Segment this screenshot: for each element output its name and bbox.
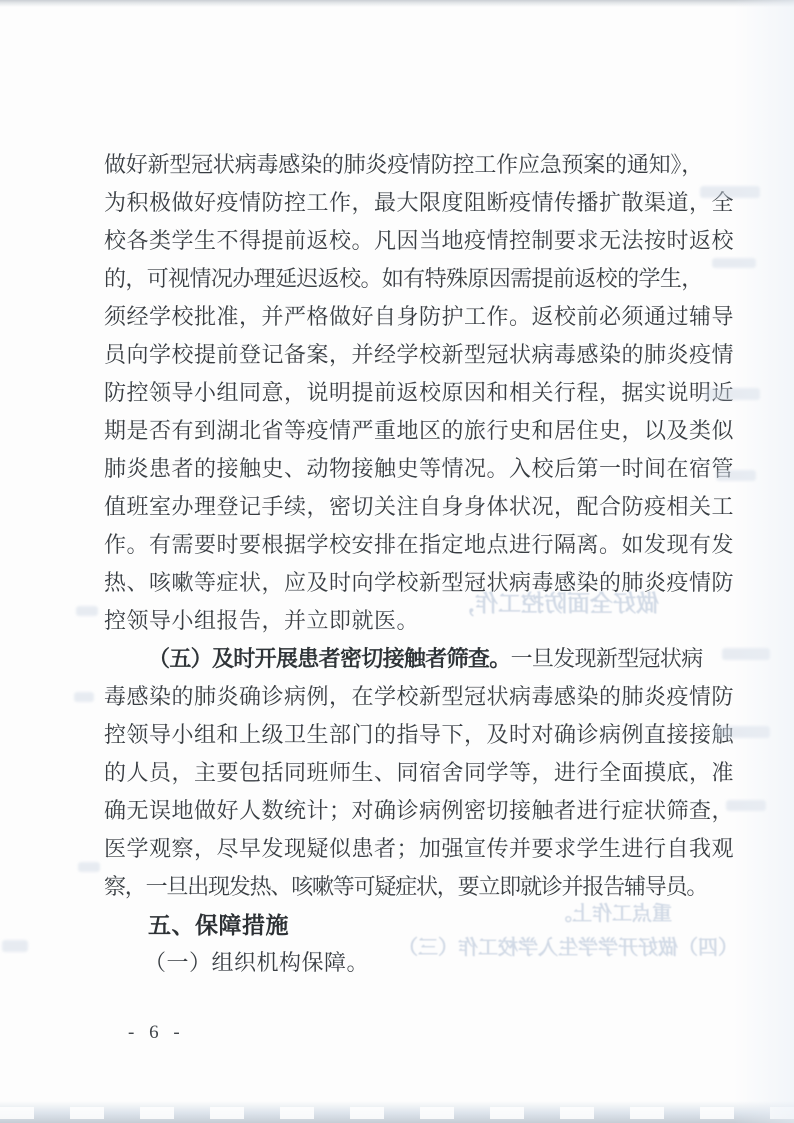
page-number: - 6 -	[128, 1022, 185, 1044]
bleed-through-smudge	[722, 648, 770, 660]
text-line: （一）组织机构保障。	[104, 944, 702, 982]
text-line: 员向学校提前登记备案，并经学校新型冠状病毒感染的肺炎疫情	[104, 336, 702, 374]
bleed-through-smudge	[74, 692, 94, 702]
text-line: 毒感染的肺炎确诊病例，在学校新型冠状病毒感染的肺炎疫情防	[104, 678, 702, 716]
text-line: 热、咳嗽等症状，应及时向学校新型冠状病毒感染的肺炎疫情防	[104, 564, 702, 602]
document-body: 做好新型冠状病毒感染的肺炎疫情防控工作应急预案的通知》，为积极做好疫情防控工作，…	[104, 146, 702, 982]
scan-edge-bottom	[0, 1101, 794, 1123]
text-line: 值班室办理登记手续，密切关注自身身体状况，配合防疫相关工	[104, 488, 702, 526]
text-line: 期是否有到湖北省等疫情严重地区的旅行史和居住史，以及类似	[104, 412, 702, 450]
text-line: 校各类学生不得提前返校。凡因当地疫情控制要求无法按时返校	[104, 222, 702, 260]
text-line: 做好新型冠状病毒感染的肺炎疫情防控工作应急预案的通知》，	[104, 146, 702, 184]
text-line: 肺炎患者的接触史、动物接触史等情况。入校后第一时间在宿管	[104, 450, 702, 488]
text-line: 察，一旦出现发热、咳嗽等可疑症状，要立即就诊并报告辅导员。	[104, 868, 702, 906]
text-line: 的，可视情况办理延迟返校。如有特殊原因需提前返校的学生，	[104, 260, 702, 298]
text-line: 的人员，主要包括同班师生、同宿舍同学等，进行全面摸底，准	[104, 754, 702, 792]
text-line: 医学观察，尽早发现疑似患者；加强宣传并要求学生进行自我观	[104, 830, 702, 868]
text-line: 防控领导小组同意，说明提前返校原因和相关行程，据实说明近	[104, 374, 702, 412]
document-page: 做好新型冠状病毒感染的肺炎疫情防控工作应急预案的通知》，为积极做好疫情防控工作，…	[0, 0, 794, 1123]
bleed-through-smudge	[78, 862, 100, 872]
text-line: 确无误地做好人数统计；对确诊病例密切接触者进行症状筛查，	[104, 792, 702, 830]
scan-edge-top	[0, 0, 794, 7]
bleed-through-smudge	[76, 606, 98, 616]
text-line: （五）及时开展患者密切接触者筛查。一旦发现新型冠状病	[104, 640, 702, 678]
bleed-through-smudge	[712, 258, 756, 268]
paragraph-lead-bold: （五）及时开展患者密切接触者筛查。	[148, 646, 511, 671]
section-heading: 五、保障措施	[104, 906, 702, 944]
text-line: 控领导小组和上级卫生部门的指导下，及时对确诊病例直接接触	[104, 716, 702, 754]
text-line: 为积极做好疫情防控工作，最大限度阻断疫情传播扩散渠道，全	[104, 184, 702, 222]
bleed-through-smudge	[2, 940, 28, 952]
text-line: 作。有需要时要根据学校安排在指定地点进行隔离。如发现有发	[104, 526, 702, 564]
text-line: 须经学校批准，并严格做好自身防护工作。返校前必须通过辅导	[104, 298, 702, 336]
text-line: 控领导小组报告，并立即就医。	[104, 602, 702, 640]
